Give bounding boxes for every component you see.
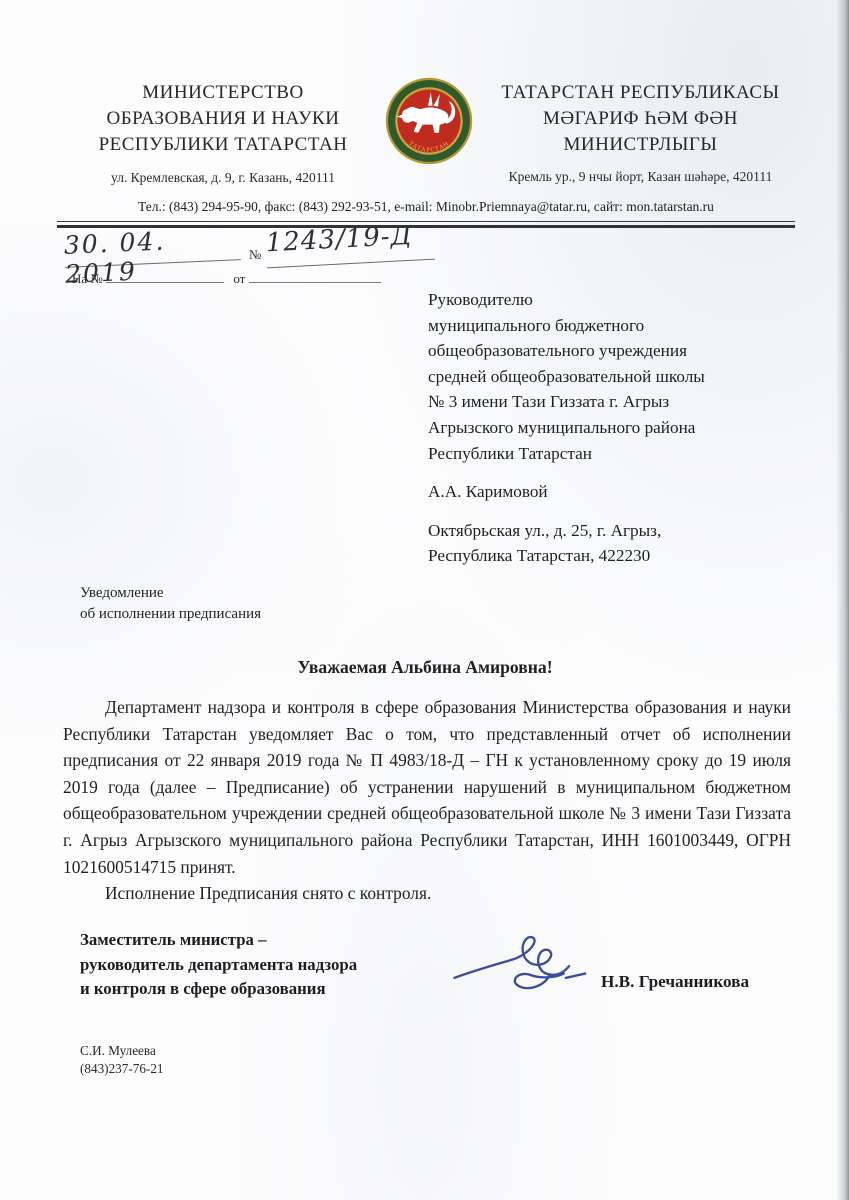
subject-line: об исполнении предписания (80, 604, 261, 625)
org-line: РЕСПУБЛИКИ ТАТАРСТАН (58, 132, 388, 158)
org-line: МИНИСТЕРСТВО (58, 80, 388, 106)
signature-ink (448, 930, 598, 1005)
org-line: МӘГАРИФ ҺӘМ ФӘН (468, 106, 813, 132)
executor-name: С.И. Мулеева (80, 1042, 164, 1060)
org-address-tatar: Кремль ур., 9 нчы йорт, Казан шәһәре, 42… (468, 169, 813, 185)
handwritten-outgoing-number: 1243/19-Д (265, 220, 435, 269)
signer-position: Заместитель министра – руководитель депа… (80, 928, 357, 1002)
recipient-line: общеобразовательного учреждения (428, 338, 798, 364)
recipient-line: Республики Татарстан (428, 441, 798, 467)
org-line: ТАТАРСТАН РЕСПУБЛИКАСЫ (468, 80, 813, 106)
executor-block: С.И. Мулеева (843)237-76-21 (80, 1042, 164, 1078)
org-address-russian: ул. Кремлевская, д. 9, г. Казань, 420111 (58, 170, 388, 186)
recipient-line: № 3 имени Тази Гиззата г. Агрыз (428, 389, 798, 415)
org-name-russian: МИНИСТЕРСТВО ОБРАЗОВАНИЯ И НАУКИ РЕСПУБЛ… (58, 80, 388, 186)
org-line: ОБРАЗОВАНИЯ И НАУКИ (58, 106, 388, 132)
org-line: МИНИСТРЛЫГЫ (468, 132, 813, 158)
letter-body: Департамент надзора и контроля в сфере о… (63, 694, 791, 907)
signer-position-line: руководитель департамента надзора (80, 953, 357, 978)
letter-page: МИНИСТЕРСТВО ОБРАЗОВАНИЯ И НАУКИ РЕСПУБЛ… (0, 0, 849, 1200)
recipient-person: А.А. Каримовой (428, 479, 798, 505)
signer-position-line: Заместитель министра – (80, 928, 357, 953)
recipient-address-line: Республика Татарстан, 422230 (428, 543, 798, 569)
executor-phone: (843)237-76-21 (80, 1060, 164, 1078)
number-sign-label: № (249, 247, 261, 263)
contact-line: Тел.: (843) 294-95-90, факс: (843) 292-9… (57, 199, 795, 215)
recipient-line: средней общеобразовательной школы (428, 364, 798, 390)
signer-position-line: и контроля в сфере образования (80, 977, 357, 1002)
recipient-address: Октябрьская ул., д. 25, г. Агрыз, Респуб… (428, 518, 798, 569)
body-paragraph: Департамент надзора и контроля в сфере о… (63, 694, 791, 880)
tatarstan-coat-of-arms-icon: ТАТАРСТАН (384, 76, 474, 166)
org-name-tatar: ТАТАРСТАН РЕСПУБЛИКАСЫ МӘГАРИФ ҺӘМ ФӘН М… (468, 80, 813, 185)
signer-name: Н.В. Гречанникова (601, 972, 749, 992)
body-paragraph: Исполнение Предписания снято с контроля. (63, 880, 791, 907)
reply-na-label: На № (72, 271, 103, 286)
recipient-line: Руководителю (428, 287, 798, 313)
reply-ot-label: от (233, 271, 245, 286)
subject-block: Уведомление об исполнении предписания (80, 583, 261, 625)
handwritten-date: 30. 04. 2019 (63, 223, 240, 268)
subject-line: Уведомление (80, 583, 261, 604)
reply-date-blank (249, 268, 381, 283)
reply-reference-row: На № от (72, 268, 381, 287)
salutation: Уважаемая Альбина Амировна! (60, 657, 790, 678)
recipient-line: Агрызского муниципального района (428, 415, 798, 441)
recipient-line: муниципального бюджетного (428, 313, 798, 339)
reply-number-blank (106, 268, 224, 283)
recipient-address-line: Октябрьская ул., д. 25, г. Агрыз, (428, 518, 798, 544)
recipient-block: Руководителю муниципального бюджетного о… (428, 287, 798, 569)
